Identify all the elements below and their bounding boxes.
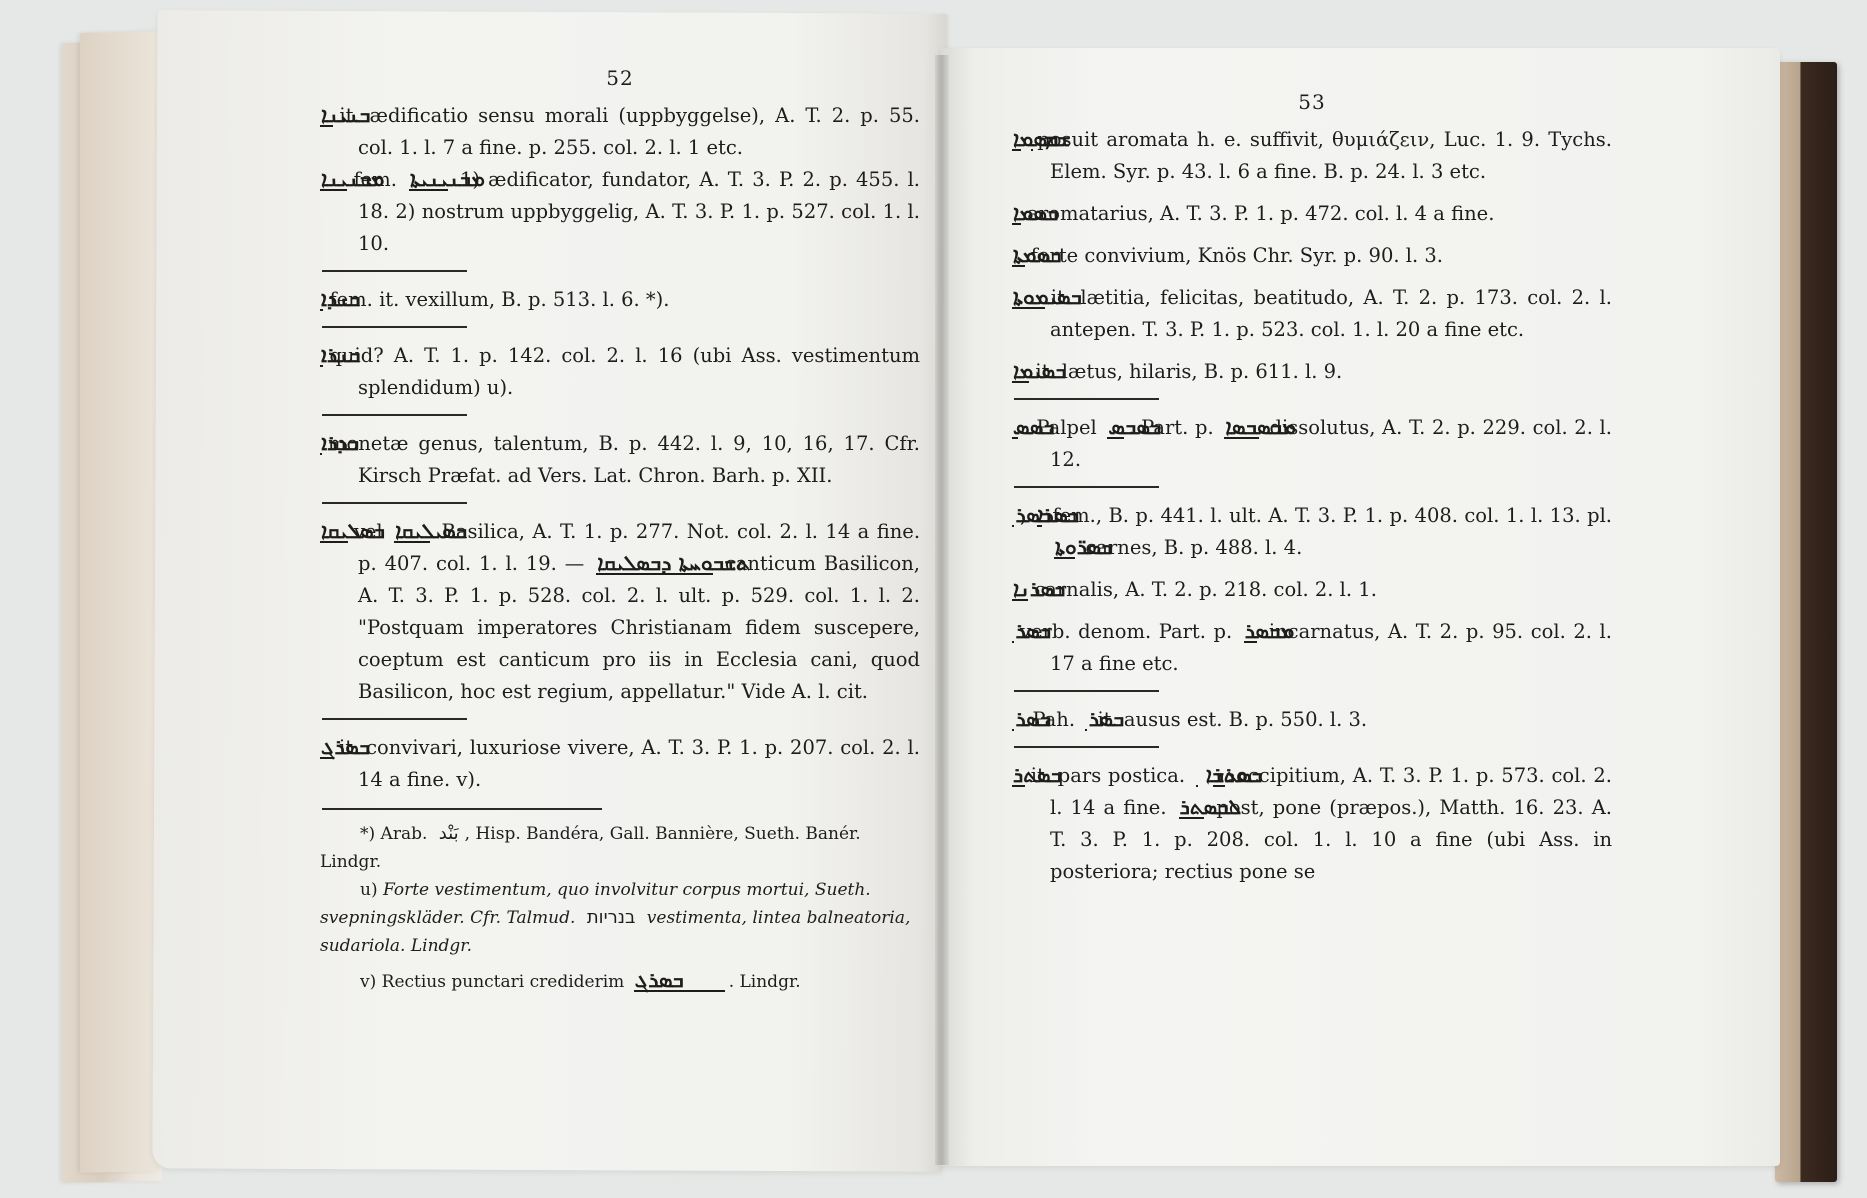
entry-text: . Palpel (1024, 416, 1097, 439)
footnote-text: . Lindgr. (729, 972, 801, 992)
dictionary-entry: ܒܣܪܓit. convivari, luxuriose vivere, A. … (320, 732, 920, 796)
right-page-text: 53 ܒܣܡܐܫܡposuit aromata h. e. suffivit, … (1012, 86, 1612, 888)
entry-divider (1014, 486, 1159, 488)
syriac-headword: ܒܣܝܡܘܬܐ (1012, 287, 1045, 309)
entry-divider (322, 502, 467, 504)
entry-divider (322, 718, 467, 720)
entry-divider (322, 414, 467, 416)
syriac-headword: ܒܢܪܐ (320, 345, 323, 367)
entry-text: it. pars postica. (1031, 764, 1185, 787)
footnote-text: Rectius punctari crediderim (382, 972, 625, 992)
entry-text: it. ausus est. B. p. 550. l. 3. (1097, 708, 1367, 731)
dictionary-entry: ܡܒܢܝܢܐfem. ܡܒܢܝܢܝܬܐ 1) ædificator, funda… (320, 164, 920, 260)
syriac-headword: ܒܢܝܢܐ (320, 105, 333, 127)
syriac-headword: ܡܒܢܝܢܐ (320, 169, 347, 191)
syriac-form: ܒܣܪܐ (1037, 505, 1042, 527)
entry-text: fem., B. p. 441. l. ult. A. T. 3. P. 1. … (1052, 504, 1612, 527)
syriac-form: ܡܒܢܝܢܝܬܐ (409, 169, 448, 191)
syriac-form: ܡܒܣܒܣܐ (1224, 417, 1259, 439)
entry-divider (322, 270, 467, 272)
footnote-text: Arab. (381, 824, 428, 844)
entry-text: it. lætitia, felicitas, beatitudo, A. T.… (1050, 286, 1612, 341)
dictionary-entry: ܒܣܡܐܫܡposuit aromata h. e. suffivit, θυμ… (1012, 124, 1612, 188)
dictionary-entry: ܒܣܪ, ܒܣܪܐ fem., B. p. 441. l. ult. A. T.… (1012, 500, 1612, 564)
entry-text: vel (354, 520, 383, 543)
entry-text: . Pah. (1020, 708, 1075, 731)
dictionary-entry: ܒܣܝܡܘܬܐit. lætitia, felicitas, beatitudo… (1012, 282, 1612, 346)
dictionary-entry: ܒܣܡܬܐforte convivium, Knös Chr. Syr. p. … (1012, 240, 1612, 272)
entry-text: monetæ genus, talentum, B. p. 442. l. 9,… (328, 432, 920, 487)
footnote: u) Forte vestimentum, quo involvitur cor… (320, 876, 920, 960)
dictionary-entry: ܒܣܣ. Palpel ܒܣܒܣ. Part. p. ܡܒܣܒܣܐ dissol… (1012, 412, 1612, 476)
syriac-headword: ܒܣܬܪ (1012, 765, 1025, 787)
footnote-mark: *) (360, 824, 375, 844)
dictionary-entry: ܒܣܝܡܐit. lætus, hilaris, B. p. 611. l. 9… (1012, 356, 1612, 388)
entry-text: carnes, B. p. 488. l. 4. (1085, 536, 1302, 559)
dictionary-entry: ܒܣܠܝܩܐvel ܒܣܝܠܝܩܐ Basilica, A. T. 1. p. … (320, 516, 920, 708)
syriac-headword: ܒܣܡܬܐ (1012, 245, 1025, 267)
dictionary-entry: ܒܢܪܐquid? A. T. 1. p. 142. col. 2. l. 16… (320, 340, 920, 404)
syriac-form: ܬܫܒܘܚܬܐ ܕܒܣܠܝܩܐ (596, 553, 713, 575)
entry-text: quid? A. T. 1. p. 142. col. 2. l. 16 (ub… (329, 344, 920, 399)
dictionary-entry: ܒܢܝܢܐit. ædificatio sensu morali (uppbyg… (320, 100, 920, 164)
syriac-headword: ܒܢܕܐ (320, 289, 323, 311)
entry-text: carnalis, A. T. 2. p. 218. col. 2. l. 1. (1034, 578, 1377, 601)
dictionary-entry: ܒܣܪ. Pah. ܒܣܪ it. ausus est. B. p. 550. … (1012, 704, 1612, 736)
syriac-headword: ܒܣܪܢܐ (1012, 579, 1028, 601)
book-gutter (935, 55, 949, 1165)
syriac-form: ܠܒܣܬܪ (1179, 797, 1205, 819)
arabic-word: بَنْد (439, 823, 459, 844)
entry-text: forte convivium, Knös Chr. Syr. p. 90. l… (1031, 244, 1443, 267)
dictionary-entry: ܒܣܪverb. denom. Part. p. ܡܒܣܪ incarnatus… (1012, 616, 1612, 680)
footnote-mark: u) (360, 880, 378, 900)
dictionary-entry: ܒܢܕܐfem. it. vexillum, B. p. 513. l. 6. … (320, 284, 920, 316)
syriac-headword: ܒܣܠܝܩܐ (320, 521, 348, 543)
syriac-headword: ܒܣܡܐ (1012, 129, 1021, 151)
entry-text: posuit aromata h. e. suffivit, θυμιάζειν… (1037, 128, 1612, 183)
entry-text: it. lætus, hilaris, B. p. 611. l. 9. (1035, 360, 1342, 383)
syriac-headword: ܒܣܪ (1012, 621, 1014, 643)
entry-text: it. convivari, luxuriose vivere, A. T. 3… (339, 736, 920, 791)
page-number: 53 (1012, 86, 1612, 118)
syriac-form: ܫܡ (1031, 129, 1033, 151)
footnote-mark: v) (360, 972, 376, 992)
syriac-headword: ܒܣܝܡܐ (1012, 361, 1029, 383)
syriac-form: ܒܣܬܪ (1213, 765, 1226, 787)
hebrew-word: בנריות (587, 907, 636, 928)
entry-text: aromatarius, A. T. 3. P. 1. p. 472. col.… (1027, 202, 1494, 225)
left-page-text: 52 ܒܢܝܢܐit. ædificatio sensu morali (upp… (320, 62, 920, 996)
entry-text: fem. (353, 168, 396, 191)
syriac-headword: ܒܕܪܐ (320, 433, 322, 455)
syriac-form: ܪܫܐ (1196, 765, 1198, 787)
entry-text: , (1020, 504, 1026, 527)
footnote: v) Rectius punctari crediderim ܒܣܪܓ. Lin… (320, 968, 920, 996)
entry-text: . Part. p. (1128, 416, 1213, 439)
dictionary-entry: ܒܣܡܐaromatarius, A. T. 3. P. 1. p. 472. … (1012, 198, 1612, 230)
dictionary-entry: ܒܕܪܐmonetæ genus, talentum, B. p. 442. l… (320, 428, 920, 492)
entry-text: fem. it. vexillum, B. p. 513. l. 6. *). (329, 288, 669, 311)
dictionary-entry: ܒܣܬܪit. pars postica. ܪܫܐ ܒܣܬܪ occipitiu… (1012, 760, 1612, 888)
syriac-headword: ܒܣܡܐ (1012, 203, 1021, 225)
syriac-headword: ܒܣܣ (1012, 417, 1018, 439)
entry-divider (1014, 746, 1159, 748)
open-book-photo: 52 ܒܢܝܢܐit. ædificatio sensu morali (upp… (0, 0, 1867, 1198)
syriac-form: ܡܒܣܪ (1244, 621, 1258, 643)
footnotes: *) Arab. بَنْد, Hisp. Bandéra, Gall. Ban… (320, 820, 920, 996)
entry-text: it. ædificatio sensu morali (uppbyggelse… (339, 104, 920, 159)
syriac-form: ܒܣܝܠܝܩܐ (394, 521, 430, 543)
syriac-form: ܒܣܒܣ (1107, 417, 1124, 439)
footnote: *) Arab. بَنْد, Hisp. Bandéra, Gall. Ban… (320, 820, 920, 876)
book-cover-right (1775, 62, 1837, 1182)
footnote-separator (322, 808, 602, 810)
syriac-form: ܒܣܪ (1085, 709, 1087, 731)
syriac-form: ܒܣܪ̈ܘܬܐ (1054, 537, 1075, 559)
dictionary-entry: ܒܣܪܢܐcarnalis, A. T. 2. p. 218. col. 2. … (1012, 574, 1612, 606)
entry-divider (322, 326, 467, 328)
syriac-headword: ܒܣܪ (1012, 505, 1014, 527)
syriac-form: ܒܣܪܓ (634, 970, 725, 992)
entry-divider (1014, 398, 1159, 400)
page-block-edge-inner (80, 31, 160, 1173)
page-number: 52 (320, 62, 920, 94)
syriac-headword: ܒܣܪ (1012, 709, 1014, 731)
entry-text: verb. denom. Part. p. (1020, 620, 1232, 643)
syriac-headword: ܒܣܪܓ (320, 737, 333, 759)
entry-divider (1014, 690, 1159, 692)
